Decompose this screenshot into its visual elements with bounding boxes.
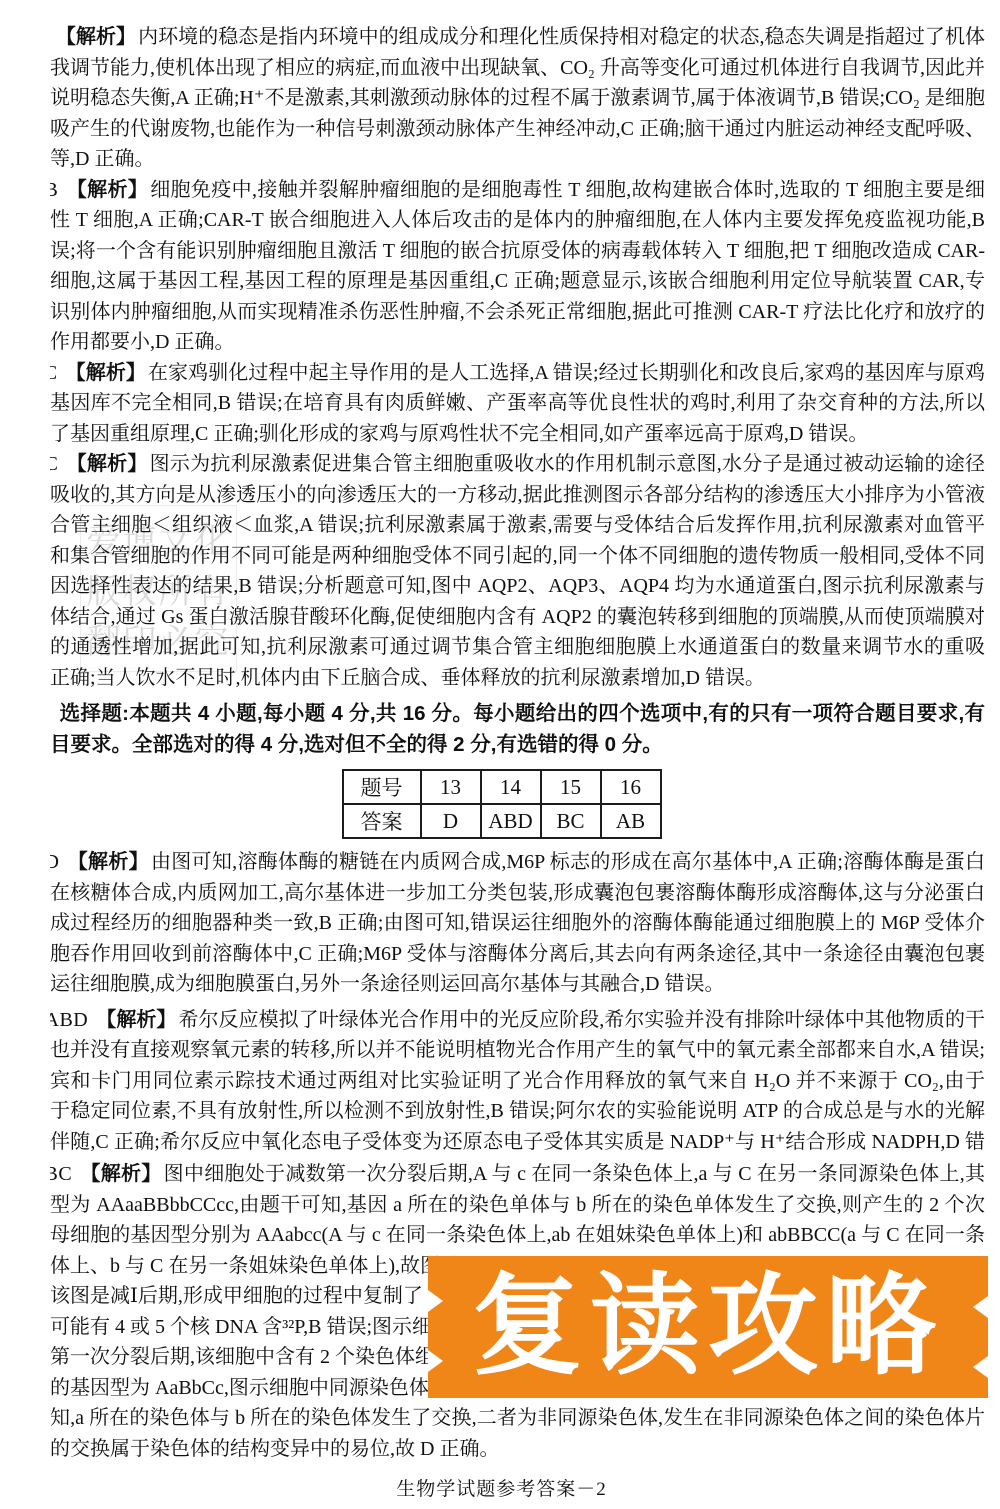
item-text: 细胞免疫中,接触并裂解肿瘤细胞的是细胞毒性 T 细胞,故构建嵌合体时,选取的 T…	[50, 179, 985, 206]
item-line: 在核糖体合成,内质网加工,高尔基体进一步加工分类包装,形成囊泡包裹溶酶体酶形成溶…	[50, 878, 985, 909]
answer-sheet-page: 爱博文化 版权所有 翻印必究 9.B【解析】内环境的稳态是指内环境中的组成成分和…	[0, 0, 1000, 1509]
item-text: 在家鸡驯化过程中起主导作用的是人工选择,A 错误;经过长期驯化和改良后,家鸡的基…	[50, 362, 985, 389]
item-text: 图中细胞处于减数第一次分裂后期,A 与 c 在同一条染色体上,a 与 C 在另一…	[50, 1163, 985, 1190]
item-line: 细胞,这属于基因工程,基因工程的原理是基因重组,C 正确;题意显示,该嵌合细胞利…	[50, 266, 985, 297]
analysis-tag: 【解析】	[56, 26, 136, 48]
section-line: 目要求。全部选对的得 4 分,选对但不全的得 2 分,有选错的得 0 分。	[50, 730, 985, 761]
table-cell: ABD	[481, 804, 541, 838]
item-line: 于稳定同位素,不具有放射性,所以检测不到放射性,B 错误;阿尔农的实验能说明 A…	[50, 1096, 985, 1127]
item-line: 吸产生的代谢废物,也能作为一种信号刺激颈动脉体产生神经冲动,C 正确;脑干通过内…	[50, 114, 985, 145]
item-line: 吸收的,其方向是从渗透压小的向渗透压大的一方移动,据此推测图示各部分结构的渗透压…	[50, 480, 985, 511]
analysis-tag: 【解析】	[96, 1009, 176, 1031]
table-cell: BC	[541, 804, 601, 838]
page-footer: 生物学试题参考答案－2	[18, 1474, 985, 1501]
item-line: 成过程经历的细胞器种类一致,B 正确;由图可知,错误运往细胞外的溶酶体酶能通过细…	[50, 908, 985, 939]
promo-banner: 复读攻略	[428, 1256, 988, 1398]
item-line: 11.C【解析】在家鸡驯化过程中起主导作用的是人工选择,A 错误;经过长期驯化和…	[50, 358, 985, 389]
answer-label: 10.B	[50, 179, 58, 201]
item-line: 也并没有直接观察氧元素的转移,所以并不能说明植物光合作用产生的氧气中的氧元素全部…	[50, 1035, 985, 1066]
item-line: 型为 AAaaBBbbCCcc,由题干可知,基因 a 所在的染色单体与 b 所在…	[50, 1190, 985, 1221]
promo-banner-text: 复读攻略	[472, 1272, 944, 1382]
item-line: 性 T 细胞,A 正确;CAR-T 嵌合细胞进入人体后攻击的是体内的肿瘤细胞,在…	[50, 205, 985, 236]
answer-item-14: 14.ABD【解析】希尔反应模拟了叶绿体光合作用中的光反应阶段,希尔实验并没有排…	[18, 1005, 985, 1158]
banner-notch	[973, 1296, 988, 1318]
item-line: 运往细胞膜,成为细胞膜蛋白,另外一条途径则运回高尔基体与其融合,D 错误。	[50, 969, 985, 1000]
item-line: 10.B【解析】细胞免疫中,接触并裂解肿瘤细胞的是细胞毒性 T 细胞,故构建嵌合…	[50, 175, 985, 206]
analysis-tag: 【解析】	[67, 851, 149, 873]
item-line: 母细胞的基因型分别为 AAabcc(A 与 c 在同一条染色体上,ab 在姐妹染…	[50, 1220, 985, 1251]
item-text: 由图可知,溶酶体酶的糖链在内质网合成,M6P 标志的形成在高尔基体中,A 正确;…	[50, 851, 985, 878]
item-line: 误;将一个含有能识别肿瘤细胞且激活 T 细胞的嵌合抗原受体的病毒载体转入 T 细…	[50, 236, 985, 267]
section-2-header: 二、选择题:本题共 4 小题,每小题 4 分,共 16 分。每小题给出的四个选项…	[18, 699, 985, 760]
answer-item-11: 11.C【解析】在家鸡驯化过程中起主导作用的是人工选择,A 错误;经过长期驯化和…	[18, 358, 985, 450]
answer-item-10: 10.B【解析】细胞免疫中,接触并裂解肿瘤细胞的是细胞毒性 T 细胞,故构建嵌合…	[18, 175, 985, 358]
item-line: 9.B【解析】内环境的稳态是指内环境中的组成成分和理化性质保持相对稳定的状态,稳…	[50, 22, 985, 53]
table-row: 题号 13 14 15 16	[343, 770, 661, 804]
answers-table: 题号 13 14 15 16 答案 D ABD BC AB	[342, 769, 662, 839]
answer-label: 14.ABD	[50, 1009, 88, 1031]
item-line: 等,D 正确。	[50, 144, 985, 175]
table-cell: D	[421, 804, 481, 838]
item-text: 内环境的稳态是指内环境中的组成成分和理化性质保持相对稳定的状态,稳态失调是指超过…	[50, 26, 985, 53]
item-line: 知,a 所在的染色体与 b 所在的染色体发生了交换,二者为非同源染色体,发生在非…	[50, 1403, 985, 1434]
answer-label: 15.BC	[50, 1163, 72, 1185]
table-cell: 13	[421, 770, 481, 804]
table-cell: 答案	[343, 804, 421, 838]
analysis-tag: 【解析】	[80, 1163, 161, 1185]
answer-item-9: 9.B【解析】内环境的稳态是指内环境中的组成成分和理化性质保持相对稳定的状态,稳…	[18, 22, 985, 175]
analysis-tag: 【解析】	[66, 362, 146, 384]
section-line: 二、选择题:本题共 4 小题,每小题 4 分,共 16 分。每小题给出的四个选项…	[50, 699, 985, 730]
item-line: 的通透性增加,据此可知,抗利尿激素可通过调节集合管主细胞细胞膜上水通道蛋白的数量…	[50, 632, 985, 663]
item-line: 我调节能力,使机体出现了相应的病症,而血液中出现缺氧、CO₂ 升高等变化可通过机…	[50, 53, 985, 84]
answer-label: 12.C	[50, 453, 58, 475]
table-row: 答案 D ABD BC AB	[343, 804, 661, 838]
item-text: 希尔反应模拟了叶绿体光合作用中的光反应阶段,希尔实验并没有排除叶绿体中其他物质的…	[50, 1009, 985, 1036]
answer-item-13: 13.D【解析】由图可知,溶酶体酶的糖链在内质网合成,M6P 标志的形成在高尔基…	[18, 847, 985, 1000]
analysis-tag: 【解析】	[66, 453, 147, 475]
banner-notch	[428, 1290, 443, 1312]
item-line: 宾和卡门用同位素示踪技术通过两组对比实验证明了光合作用释放的氧气来自 H₂O 并…	[50, 1066, 985, 1097]
item-line: 体结合,通过 Gs 蛋白激活腺苷酸环化酶,促使细胞内含有 AQP2 的囊泡转移到…	[50, 602, 985, 633]
table-cell: 16	[601, 770, 661, 804]
item-line: 和集合管细胞的作用不同可能是两种细胞受体不同引起的,同一个体不同细胞的遗传物质一…	[50, 541, 985, 572]
answer-label: 13.D	[50, 851, 59, 873]
item-line: 15.BC【解析】图中细胞处于减数第一次分裂后期,A 与 c 在同一条染色体上,…	[50, 1159, 985, 1190]
item-line: 说明稳态失衡,A 正确;H⁺不是激素,其刺激颈动脉体的过程不属于激素调节,属于体…	[50, 83, 985, 114]
item-line: 13.D【解析】由图可知,溶酶体酶的糖链在内质网合成,M6P 标志的形成在高尔基…	[50, 847, 985, 878]
item-text: 图示为抗利尿激素促进集合管主细胞重吸收水的作用机制示意图,水分子是通过被动运输的…	[50, 453, 985, 480]
item-line: 识别体内肿瘤细胞,从而实现精准杀伤恶性肿瘤,不会杀死正常细胞,据此可推测 CAR…	[50, 297, 985, 328]
table-cell: 15	[541, 770, 601, 804]
item-line: 12.C【解析】图示为抗利尿激素促进集合管主细胞重吸收水的作用机制示意图,水分子…	[50, 449, 985, 480]
answer-item-12: 12.C【解析】图示为抗利尿激素促进集合管主细胞重吸收水的作用机制示意图,水分子…	[18, 449, 985, 693]
item-line: 基因库不完全相同,B 错误;在培育具有肉质鲜嫩、产蛋率高等优良性状的鸡时,利用了…	[50, 388, 985, 419]
item-line: 了基因重组原理,C 正确;驯化形成的家鸡与原鸡性状不完全相同,如产蛋率远高于原鸡…	[50, 419, 985, 450]
item-line: 因选择性表达的结果,B 错误;分析题意可知,图中 AQP2、AQP3、AQP4 …	[50, 571, 985, 602]
item-line: 合管主细胞＜组织液＜血浆,A 错误;抗利尿激素属于激素,需要与受体结合后发挥作用…	[50, 510, 985, 541]
item-line: 伴随,C 正确;希尔反应中氧化态电子受体变为还原态电子受体其实质是 NADP⁺与…	[50, 1127, 985, 1158]
item-line: 正确;当人饮水不足时,机体内由下丘脑合成、垂体释放的抗利尿激素增加,D 错误。	[50, 663, 985, 694]
table-cell: 14	[481, 770, 541, 804]
answer-label: 11.C	[50, 362, 58, 384]
item-line: 胞吞作用回收到前溶酶体中,C 正确;M6P 受体与溶酶体分离后,其去向有两条途径…	[50, 939, 985, 970]
item-line: 作用都要小,D 正确。	[50, 327, 985, 358]
table-cell: 题号	[343, 770, 421, 804]
banner-notch	[973, 1356, 988, 1378]
analysis-tag: 【解析】	[66, 179, 148, 201]
banner-notch	[428, 1350, 443, 1372]
table-cell: AB	[601, 804, 661, 838]
item-line: 的交换属于染色体的结构变异中的易位,故 D 正确。	[50, 1434, 985, 1465]
item-line: 14.ABD【解析】希尔反应模拟了叶绿体光合作用中的光反应阶段,希尔实验并没有排…	[50, 1005, 985, 1036]
